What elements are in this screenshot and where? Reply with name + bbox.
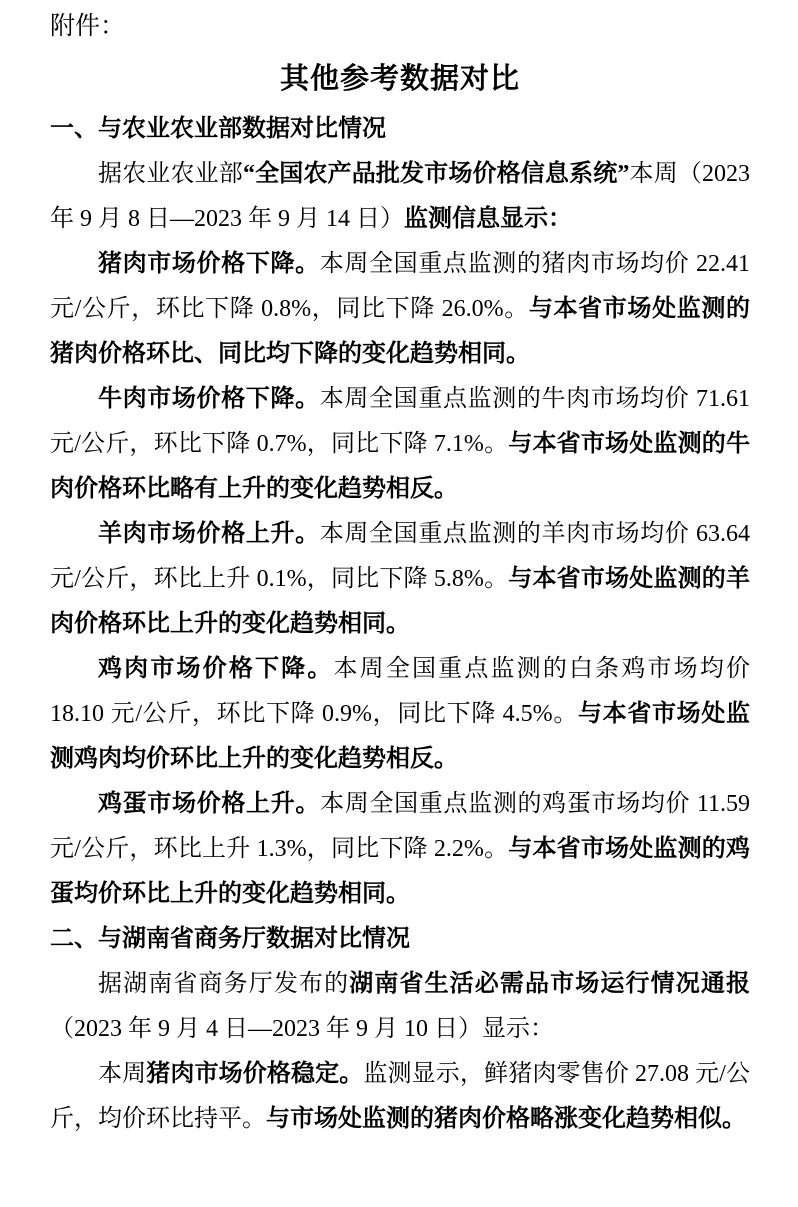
bold-text-run: 监测信息显示： [404,206,572,232]
bold-text-run: 猪肉市场价格稳定。 [146,1061,363,1087]
bold-text-run: 湖南省生活必需品市场运行情况通报 [349,971,750,997]
bold-text-run: “全国农产品批发市场价格信息系统” [243,161,629,187]
paragraph: 牛肉市场价格下降。本周全国重点监测的牛肉市场均价 71.61 元/公斤，环比下降… [50,377,750,512]
bold-text-run: 猪肉市场价格下降。 [98,251,320,277]
text-run: 本周 [98,1061,146,1087]
text-run: （2023 年 9 月 4 日—2023 年 9 月 10 日）显示： [50,1016,554,1042]
section-heading: 一、与农业农业部数据对比情况 [50,107,750,152]
paragraph: 鸡肉市场价格下降。本周全国重点监测的白条鸡市场均价 18.10 元/公斤，环比下… [50,647,750,782]
bold-text-run: 鸡肉市场价格下降。 [98,656,334,682]
paragraph: 据湖南省商务厅发布的湖南省生活必需品市场运行情况通报（2023 年 9 月 4 … [50,962,750,1052]
paragraph: 据农业农业部“全国农产品批发市场价格信息系统”本周（2023 年 9 月 8 日… [50,152,750,242]
paragraph: 羊肉市场价格上升。本周全国重点监测的羊肉市场均价 63.64 元/公斤，环比上升… [50,512,750,647]
section-heading: 二、与湖南省商务厅数据对比情况 [50,917,750,962]
document-page: 附件： 其他参考数据对比 一、与农业农业部数据对比情况据农业农业部“全国农产品批… [0,0,798,1207]
document-title: 其他参考数据对比 [50,60,750,98]
paragraph: 本周猪肉市场价格稳定。监测显示，鲜猪肉零售价 27.08 元/公斤，均价环比持平… [50,1052,750,1142]
bold-text-run: 牛肉市场价格下降。 [98,386,320,412]
bold-text-run: 与市场处监测的猪肉价格略涨变化趋势相似。 [266,1106,746,1132]
bold-text-run: 羊肉市场价格上升。 [98,521,320,547]
paragraph: 猪肉市场价格下降。本周全国重点监测的猪肉市场均价 22.41 元/公斤，环比下降… [50,242,750,377]
document-body: 一、与农业农业部数据对比情况据农业农业部“全国农产品批发市场价格信息系统”本周（… [50,107,750,1142]
bold-text-run: 二、与湖南省商务厅数据对比情况 [50,926,410,952]
bold-text-run: 一、与农业农业部数据对比情况 [50,116,386,142]
text-run: 据农业农业部 [98,161,243,187]
attachment-label: 附件： [50,6,750,48]
text-run: 据湖南省商务厅发布的 [98,971,349,997]
bold-text-run: 鸡蛋市场价格上升。 [98,791,320,817]
paragraph: 鸡蛋市场价格上升。本周全国重点监测的鸡蛋市场均价 11.59 元/公斤，环比上升… [50,782,750,917]
